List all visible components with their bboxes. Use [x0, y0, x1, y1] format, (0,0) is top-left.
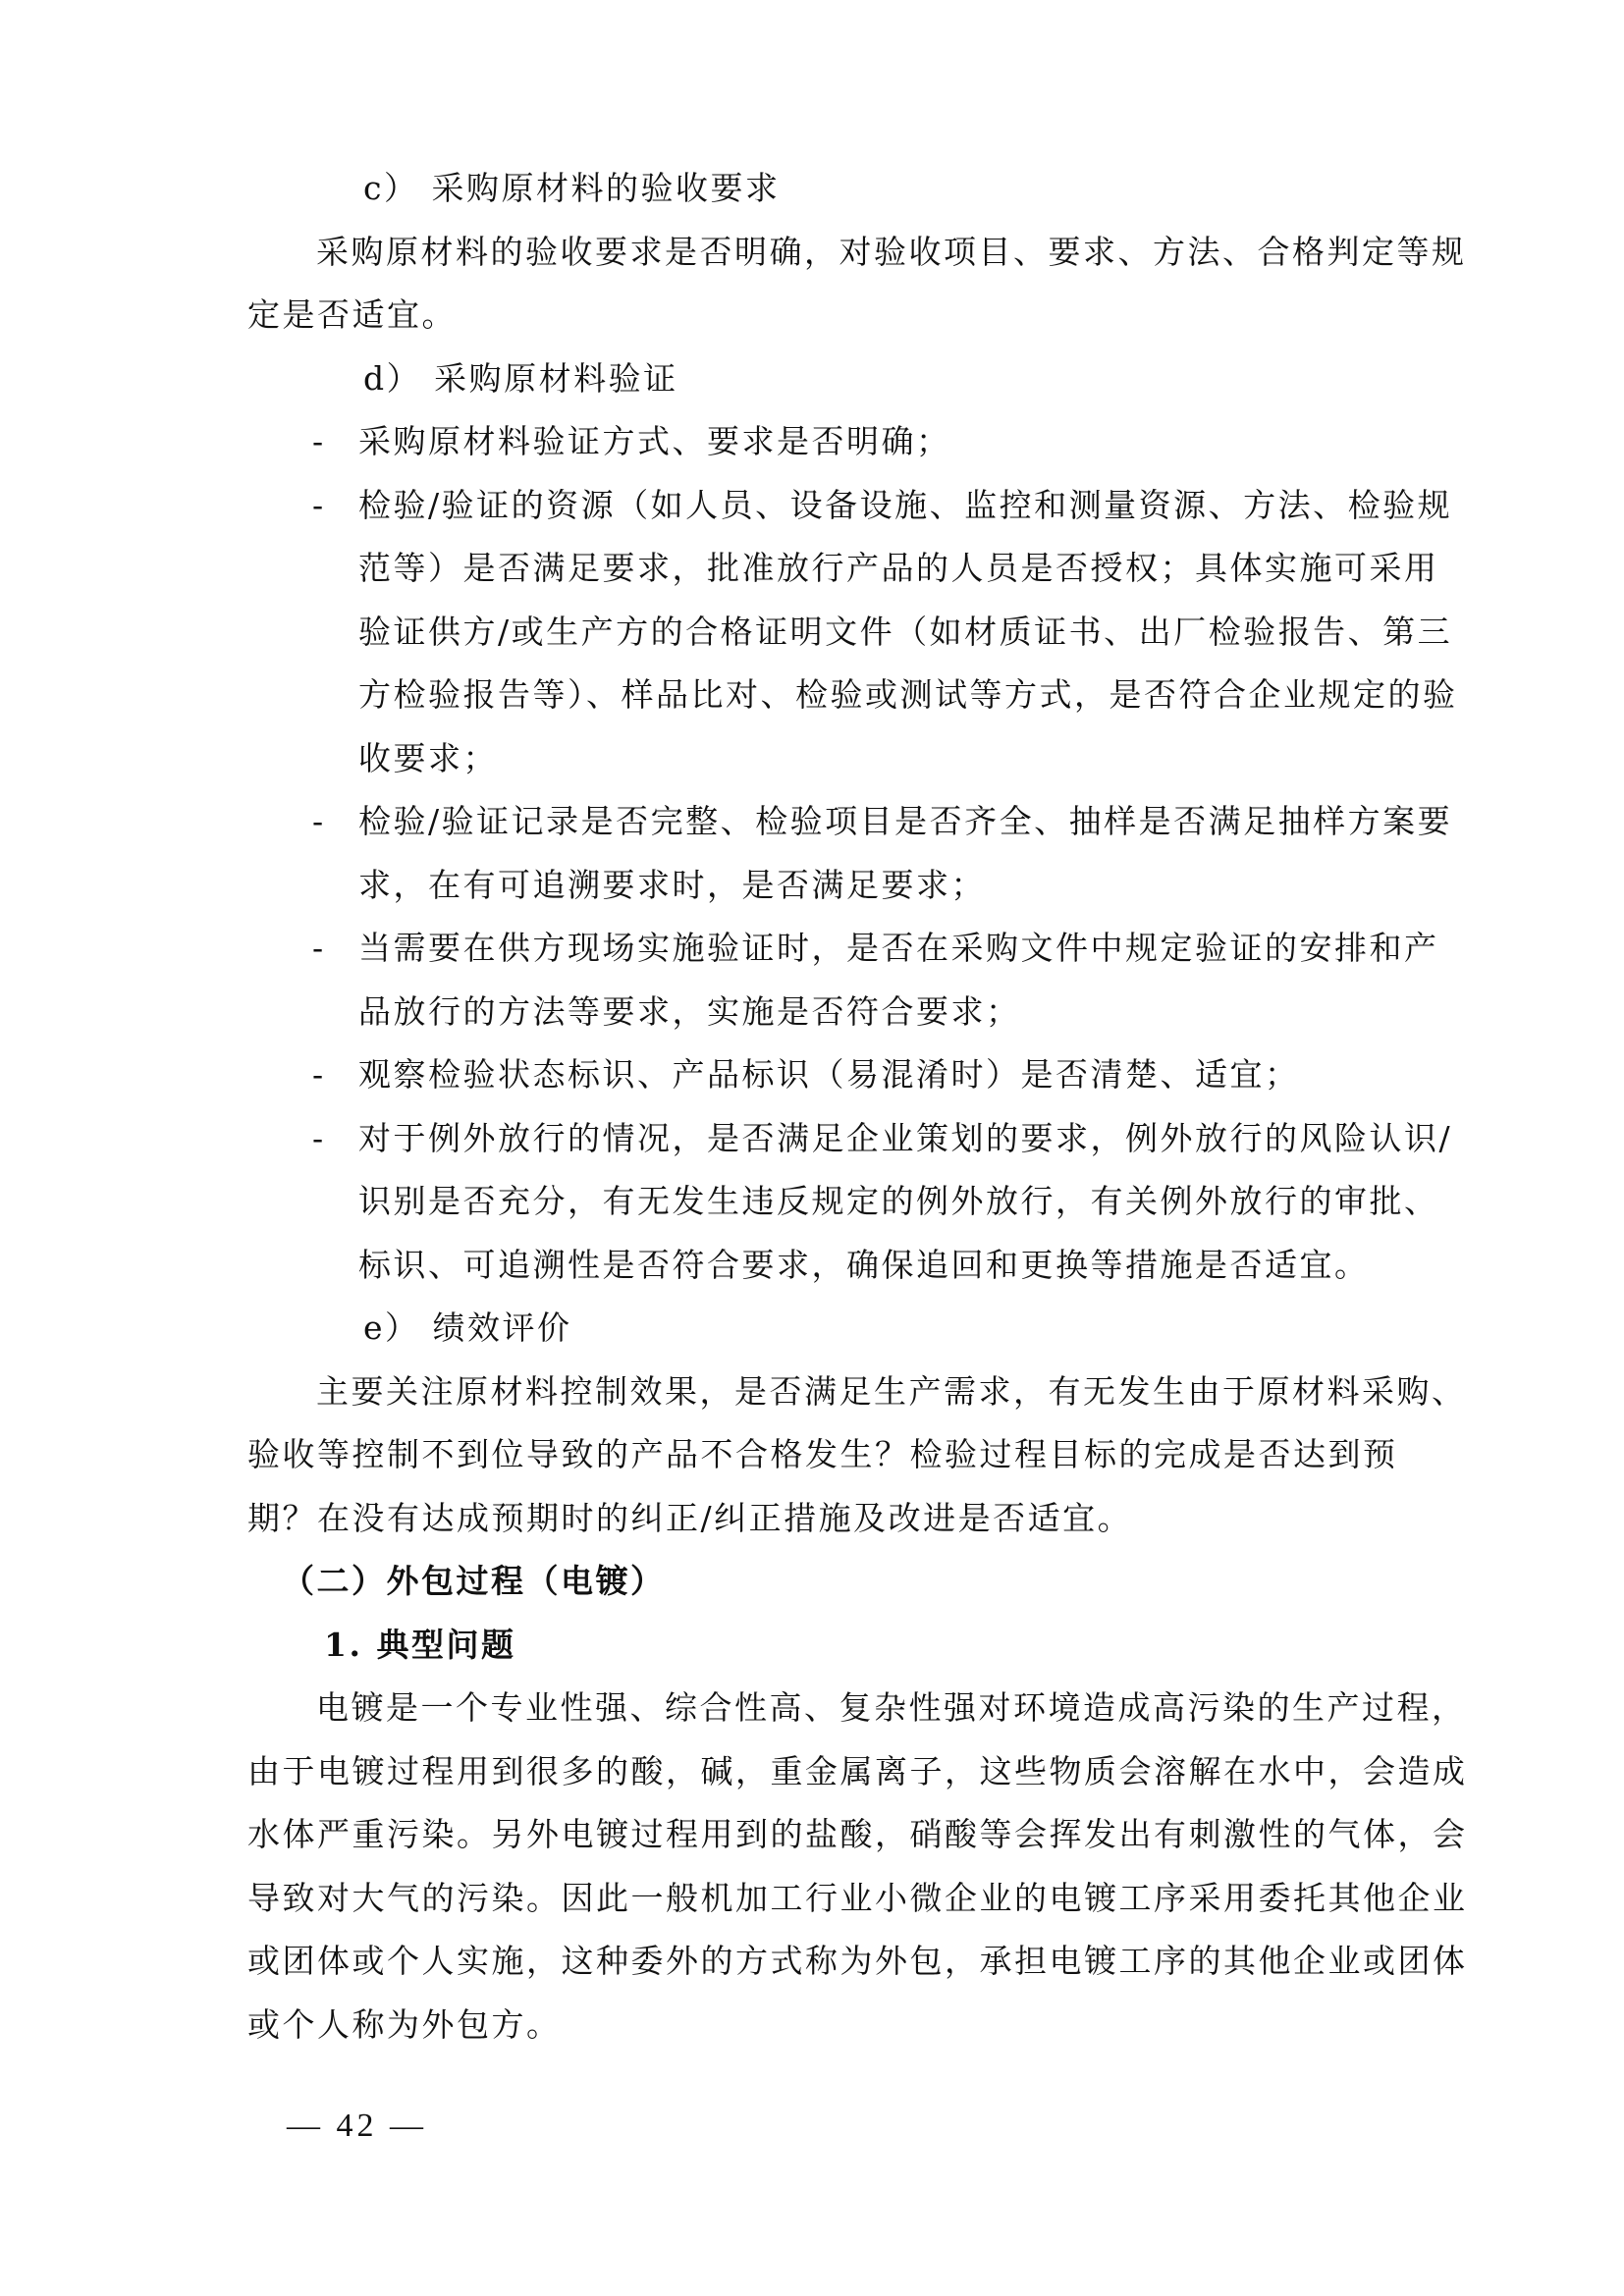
list-item: - 观察检验状态标识、产品标识（易混淆时）是否清楚、适宜；	[247, 1043, 1386, 1107]
list-item-continuation: 品放行的方法等要求，实施是否符合要求；	[247, 981, 1386, 1044]
dash-bullet: -	[312, 1043, 326, 1107]
paragraph-final-line-2: 由于电镀过程用到很多的酸，碱，重金属离子，这些物质会溶解在水中，会造成	[247, 1740, 1386, 1804]
paragraph-e-line-2: 验收等控制不到位导致的产品不合格发生？检验过程目标的完成是否达到预	[247, 1423, 1386, 1487]
paragraph-e-line-1: 主要关注原材料控制效果，是否满足生产需求，有无发生由于原材料采购、	[247, 1361, 1386, 1424]
list-item-continuation: 验证供方/或生产方的合格证明文件（如材质证书、出厂检验报告、第三	[247, 601, 1386, 665]
subheading-e: e） 绩效评价	[247, 1297, 1386, 1361]
dash-bullet: -	[312, 790, 326, 854]
paragraph-final-line-6: 或个人称为外包方。	[247, 1994, 1386, 2057]
section-heading: （二）外包过程（电镀）	[247, 1550, 1386, 1614]
list-item: - 检验/验证记录是否完整、检验项目是否齐全、抽样是否满足抽样方案要	[247, 790, 1386, 854]
list-item-continuation: 标识、可追溯性是否符合要求，确保追回和更换等措施是否适宜。	[247, 1234, 1386, 1298]
list-item: - 检验/验证的资源（如人员、设备设施、监控和测量资源、方法、检验规	[247, 474, 1386, 538]
subheading-c: c） 采购原材料的验收要求	[247, 157, 1386, 221]
page-number: — 42 —	[287, 2108, 427, 2145]
paragraph-c-line-2: 定是否适宜。	[247, 284, 1386, 347]
list-item-continuation: 求，在有可追溯要求时，是否满足要求；	[247, 854, 1386, 918]
list-item: - 对于例外放行的情况，是否满足企业策划的要求，例外放行的风险认识/	[247, 1107, 1386, 1171]
paragraph-final-line-5: 或团体或个人实施，这种委外的方式称为外包，承担电镀工序的其他企业或团体	[247, 1930, 1386, 1994]
paragraph-final-line-4: 导致对大气的污染。因此一般机加工行业小微企业的电镀工序采用委托其他企业	[247, 1867, 1386, 1931]
paragraph-c-line-1: 采购原材料的验收要求是否明确，对验收项目、要求、方法、合格判定等规	[247, 221, 1386, 285]
subheading-d: d） 采购原材料验证	[247, 347, 1386, 411]
list-item-continuation: 范等）是否满足要求，批准放行产品的人员是否授权；具体实施可采用	[247, 537, 1386, 601]
dash-bullet: -	[312, 1107, 326, 1171]
dash-bullet: -	[312, 917, 326, 981]
list-item-continuation: 收要求；	[247, 727, 1386, 791]
dash-bullet: -	[312, 474, 326, 538]
paragraph-e-line-3: 期？在没有达成预期时的纠正/纠正措施及改进是否适宜。	[247, 1487, 1386, 1551]
subsection-heading: 1. 典型问题	[247, 1614, 1386, 1678]
dash-bullet: -	[312, 410, 326, 474]
list-item-continuation: 识别是否充分，有无发生违反规定的例外放行，有关例外放行的审批、	[247, 1170, 1386, 1234]
list-item: - 采购原材料验证方式、要求是否明确；	[247, 410, 1386, 474]
list-item: - 当需要在供方现场实施验证时，是否在采购文件中规定验证的安排和产	[247, 917, 1386, 981]
list-item-continuation: 方检验报告等）、样品比对、检验或测试等方式，是否符合企业规定的验	[247, 664, 1386, 727]
document-page: c） 采购原材料的验收要求 采购原材料的验收要求是否明确，对验收项目、要求、方法…	[247, 157, 1386, 2056]
paragraph-final-line-1: 电镀是一个专业性强、综合性高、复杂性强对环境造成高污染的生产过程，	[247, 1677, 1386, 1740]
paragraph-final-line-3: 水体严重污染。另外电镀过程用到的盐酸，硝酸等会挥发出有刺激性的气体，会	[247, 1803, 1386, 1867]
